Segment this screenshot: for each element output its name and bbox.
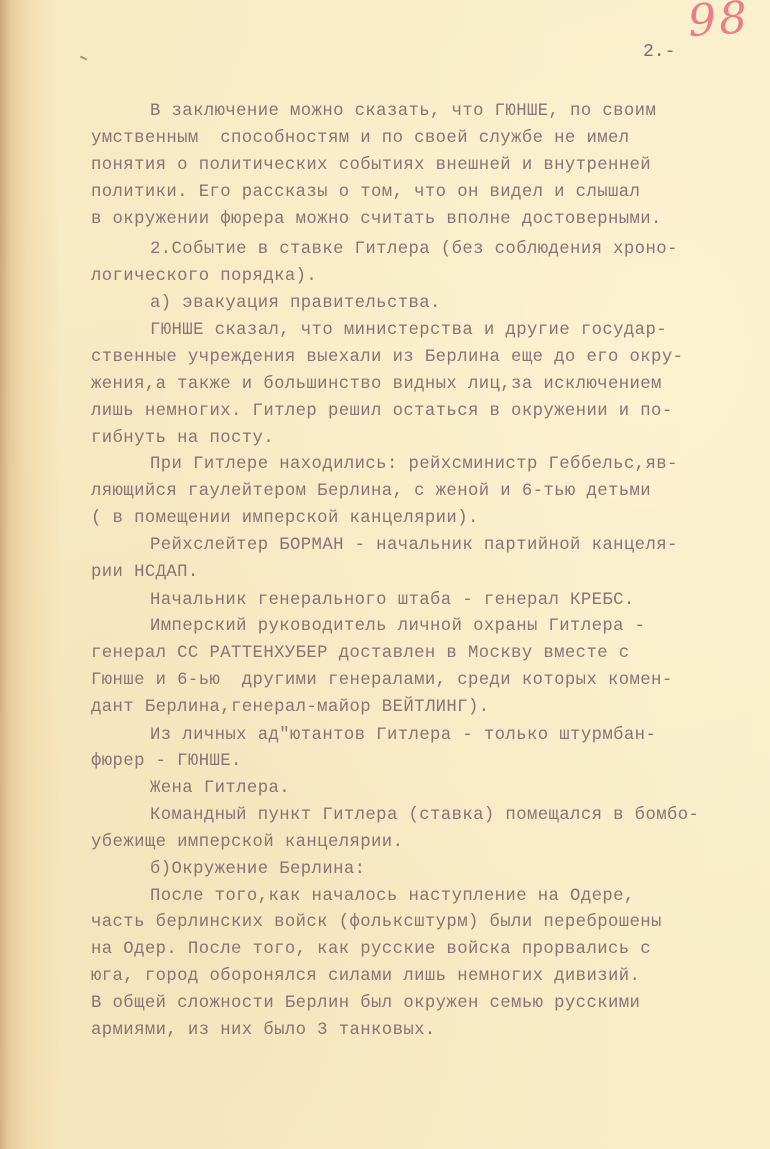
text-line: гибнуть на посту.	[91, 430, 274, 447]
text-line: Жена Гитлера.	[150, 780, 290, 797]
text-line: логического порядка).	[91, 268, 317, 285]
text-line: Имперский руководитель личной охраны Гит…	[150, 618, 645, 635]
document-page: 98 2.- В заключение можно сказать, что Г…	[0, 0, 770, 1149]
text-line: юга, город оборонялся силами лишь немног…	[91, 968, 640, 985]
text-line: б)Окружение Берлина:	[150, 861, 365, 878]
archive-sheet-number: 98	[686, 0, 751, 47]
text-line: После того,как началось наступление на О…	[150, 888, 635, 905]
text-line: Из личных ад"ютантов Гитлера - только шт…	[150, 727, 656, 744]
margin-mark	[80, 56, 87, 61]
text-line: генерал СС РАТТЕНХУБЕР доставлен в Москв…	[91, 645, 630, 662]
text-line: ляющийся гаулейтером Берлина, с женой и …	[91, 483, 651, 500]
page-number: 2.-	[643, 42, 675, 62]
text-line: в окружении фюрера можно считать вполне …	[91, 211, 662, 228]
text-line: рии НСДАП.	[91, 564, 199, 581]
text-line: убежище имперской канцелярии.	[91, 834, 403, 851]
text-line: на Одер. После того, как русские войска …	[91, 941, 651, 958]
text-line: ственные учреждения выехали из Берлина е…	[91, 349, 683, 366]
text-line: жения,а также и большинство видных лиц,з…	[91, 376, 662, 393]
text-line: дант Берлина,генерал-майор ВЕЙТЛИНГ).	[91, 699, 490, 716]
text-line: В заключение можно сказать, что ГЮНШЕ, п…	[150, 103, 656, 120]
text-line: армиями, из них было 3 танковых.	[91, 1022, 436, 1039]
text-line: 2.Событие в ставке Гитлера (без соблюден…	[150, 241, 678, 258]
text-line: фюрер - ГЮНШЕ.	[91, 753, 242, 770]
text-line: Начальник генерального штаба - генерал К…	[150, 592, 635, 609]
text-line: В общей сложности Берлин был окружен сем…	[91, 995, 640, 1012]
text-line: понятия о политических событиях внешней …	[91, 157, 651, 174]
text-line: а) эвакуация правительства.	[150, 295, 441, 312]
text-line: ГЮНШЕ сказал, что министерства и другие …	[150, 322, 667, 339]
text-line: Командный пункт Гитлера (ставка) помещал…	[150, 807, 699, 824]
text-line: Гюнше и 6-ью другими генералами, среди к…	[91, 672, 673, 689]
text-line: лишь немногих. Гитлер решил остаться в о…	[91, 403, 673, 420]
text-line: Рейхслейтер БОРМАН - начальник партийной…	[150, 537, 678, 554]
text-line: часть берлинских войск (фольксштурм) был…	[91, 914, 662, 931]
text-line: умственным способностям и по своей служб…	[91, 130, 630, 147]
text-line: ( в помещении имперской канцелярии).	[91, 510, 479, 527]
text-line: политики. Его рассказы о том, что он вид…	[91, 184, 640, 201]
text-line: При Гитлере находились: рейхсминистр Геб…	[150, 456, 678, 473]
